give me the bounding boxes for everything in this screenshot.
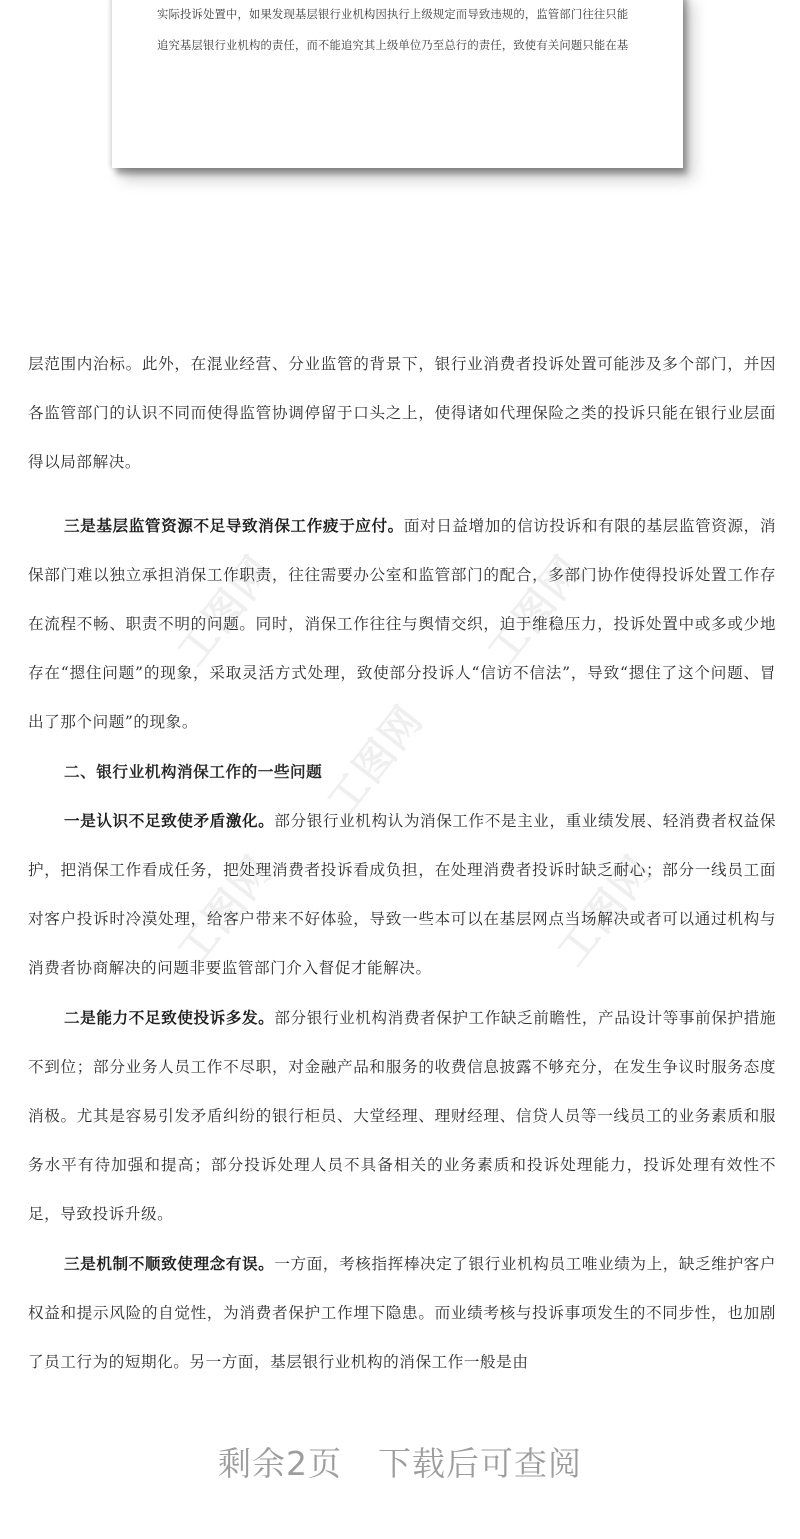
paragraph-awareness: 一是认识不足致使矛盾激化。部分银行业机构认为消保工作不是主业，重业绩发展、轻消费… <box>28 796 776 993</box>
remaining-pages-count: 剩余2页 <box>218 1444 342 1483</box>
download-to-view-label[interactable]: 下载后可查阅 <box>378 1444 582 1483</box>
paragraph-grassroots-resources: 三是基层监管资源不足导致消保工作疲于应付。面对日益增加的信访投诉和有限的基层监管… <box>28 501 776 747</box>
paragraph-lead: 三是基层监管资源不足导致消保工作疲于应付。 <box>64 516 404 535</box>
paragraph-text: 面对日益增加的信访投诉和有限的基层监管资源，消保部门难以独立承担消保工作职责，往… <box>28 517 776 731</box>
preview-text-line: 实际投诉处置中，如果发现基层银行业机构因执行上级规定而导致违规的，监管部门往往只… <box>157 6 647 22</box>
paragraph-text: 层范围内治标。此外，在混业经营、分业监管的背景下，银行业消费者投诉处置可能涉及多… <box>28 355 776 471</box>
paragraph-text: 部分银行业机构认为消保工作不是主业，重业绩发展、轻消费者权益保护，把消保工作看成… <box>28 812 776 977</box>
section-heading: 二、银行业机构消保工作的一些问题 <box>28 747 776 796</box>
paragraph-mechanism: 三是机制不顺致使理念有误。一方面，考核指挥棒决定了银行业机构员工唯业绩为上，缺乏… <box>28 1239 776 1387</box>
paragraph-continuation: 层范围内治标。此外，在混业经营、分业监管的背景下，银行业消费者投诉处置可能涉及多… <box>28 340 776 487</box>
remaining-pages-notice[interactable]: 剩余2页下载后可查阅 <box>0 1438 800 1485</box>
paragraph-lead: 三是机制不顺致使理念有误。 <box>64 1254 274 1273</box>
paragraph-lead: 一是认识不足致使矛盾激化。 <box>64 811 274 830</box>
paragraph-lead: 二是能力不足致使投诉多发。 <box>64 1008 274 1027</box>
document-body: 层范围内治标。此外，在混业经营、分业监管的背景下，银行业消费者投诉处置可能涉及多… <box>28 340 776 1387</box>
paragraph-capability: 二是能力不足致使投诉多发。部分银行业机构消费者保护工作缺乏前瞻性，产品设计等事前… <box>28 993 776 1239</box>
paragraph-text: 部分银行业机构消费者保护工作缺乏前瞻性，产品设计等事前保护措施不到位；部分业务人… <box>28 1009 776 1223</box>
preview-text-line: 追究基层银行业机构的责任，而不能追究其上级单位乃至总行的责任，致使有关问题只能在… <box>157 37 647 53</box>
page-preview-card: 实际投诉处置中，如果发现基层银行业机构因执行上级规定而导致违规的，监管部门往往只… <box>112 0 683 168</box>
